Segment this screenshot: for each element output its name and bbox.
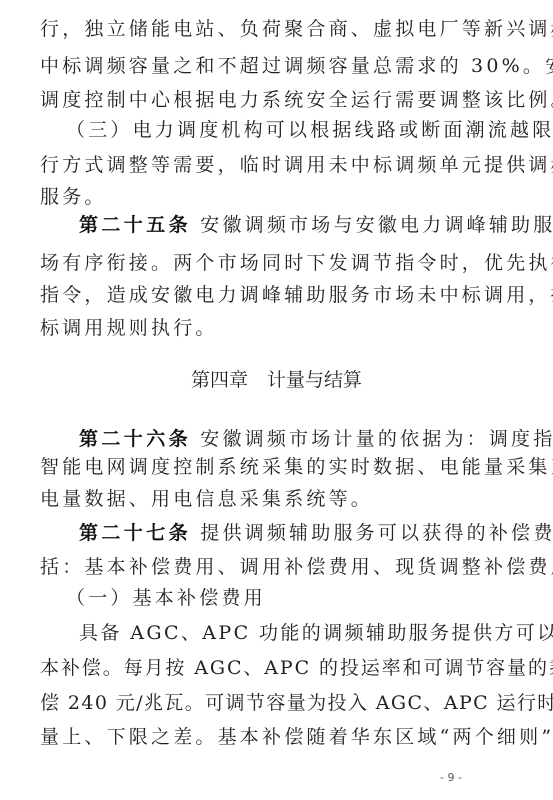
chapter-heading: 第四章 计量与结算 — [0, 368, 553, 392]
paragraph-line: 场有序衔接。两个市场同时下发调节指令时，优先执行调频 — [40, 251, 464, 275]
paragraph-line: 本补偿。每月按 AGC、APC 的投运率和可调节容量的乘积补 — [40, 656, 464, 680]
paragraph-line: 服务。 — [40, 185, 464, 209]
page-number: - 9 - — [440, 771, 462, 784]
article-27-line: 第二十七条 提供调频辅助服务可以获得的补偿费用包 — [79, 521, 464, 545]
article-text: 提供调频辅助服务可以获得的补偿费用包 — [191, 522, 553, 544]
article-label: 第二十六条 — [79, 428, 191, 450]
paragraph-line: 行方式调整等需要，临时调用未中标调频单元提供调频辅助 — [40, 153, 464, 177]
paragraph-line: 标调用规则执行。 — [40, 316, 464, 340]
paragraph-line: 电量数据、用电信息采集系统等。 — [40, 487, 464, 511]
document-page: 行，独立储能电站、负荷聚合商、虚拟电厂等新兴调频资源 中标调频容量之和不超过调频… — [0, 0, 553, 800]
paragraph-line: 调度控制中心根据电力系统安全运行需要调整该比例。 — [40, 88, 464, 112]
paragraph-line: 括：基本补偿费用、调用补偿费用、现货调整补偿费用。 — [40, 555, 464, 579]
paragraph-line: （三）电力调度机构可以根据线路或断面潮流越限、运 — [66, 118, 451, 142]
paragraph-line: 中标调频容量之和不超过调频容量总需求的 30%。安徽电力 — [40, 54, 464, 78]
paragraph-line: 具备 AGC、APC 功能的调频辅助服务提供方可以获得基 — [79, 621, 464, 645]
paragraph-line: 智能电网调度控制系统采集的实时数据、电能量采集系统的 — [40, 455, 464, 479]
paragraph-line: 行，独立储能电站、负荷聚合商、虚拟电厂等新兴调频资源 — [40, 17, 464, 41]
paragraph-line: 指令，造成安徽电力调峰辅助服务市场未中标调用，按未中 — [40, 283, 464, 307]
paragraph-line: 量上、下限之差。基本补偿随着华东区域“两个细则”调整 — [40, 725, 464, 749]
article-label: 第二十五条 — [79, 214, 191, 236]
article-text: 安徽调频市场计量的依据为：调度指令、 — [191, 428, 553, 450]
paragraph-line: 偿 240 元/兆瓦。可调节容量为投入 AGC、APC 运行时调节容 — [40, 691, 464, 715]
subsection-heading: （一）基本补偿费用 — [66, 586, 451, 610]
article-26-line: 第二十六条 安徽调频市场计量的依据为：调度指令、 — [79, 427, 464, 451]
article-text: 安徽调频市场与安徽电力调峰辅助服务市 — [191, 214, 553, 236]
article-25-line: 第二十五条 安徽调频市场与安徽电力调峰辅助服务市 — [79, 213, 464, 237]
article-label: 第二十七条 — [79, 522, 191, 544]
